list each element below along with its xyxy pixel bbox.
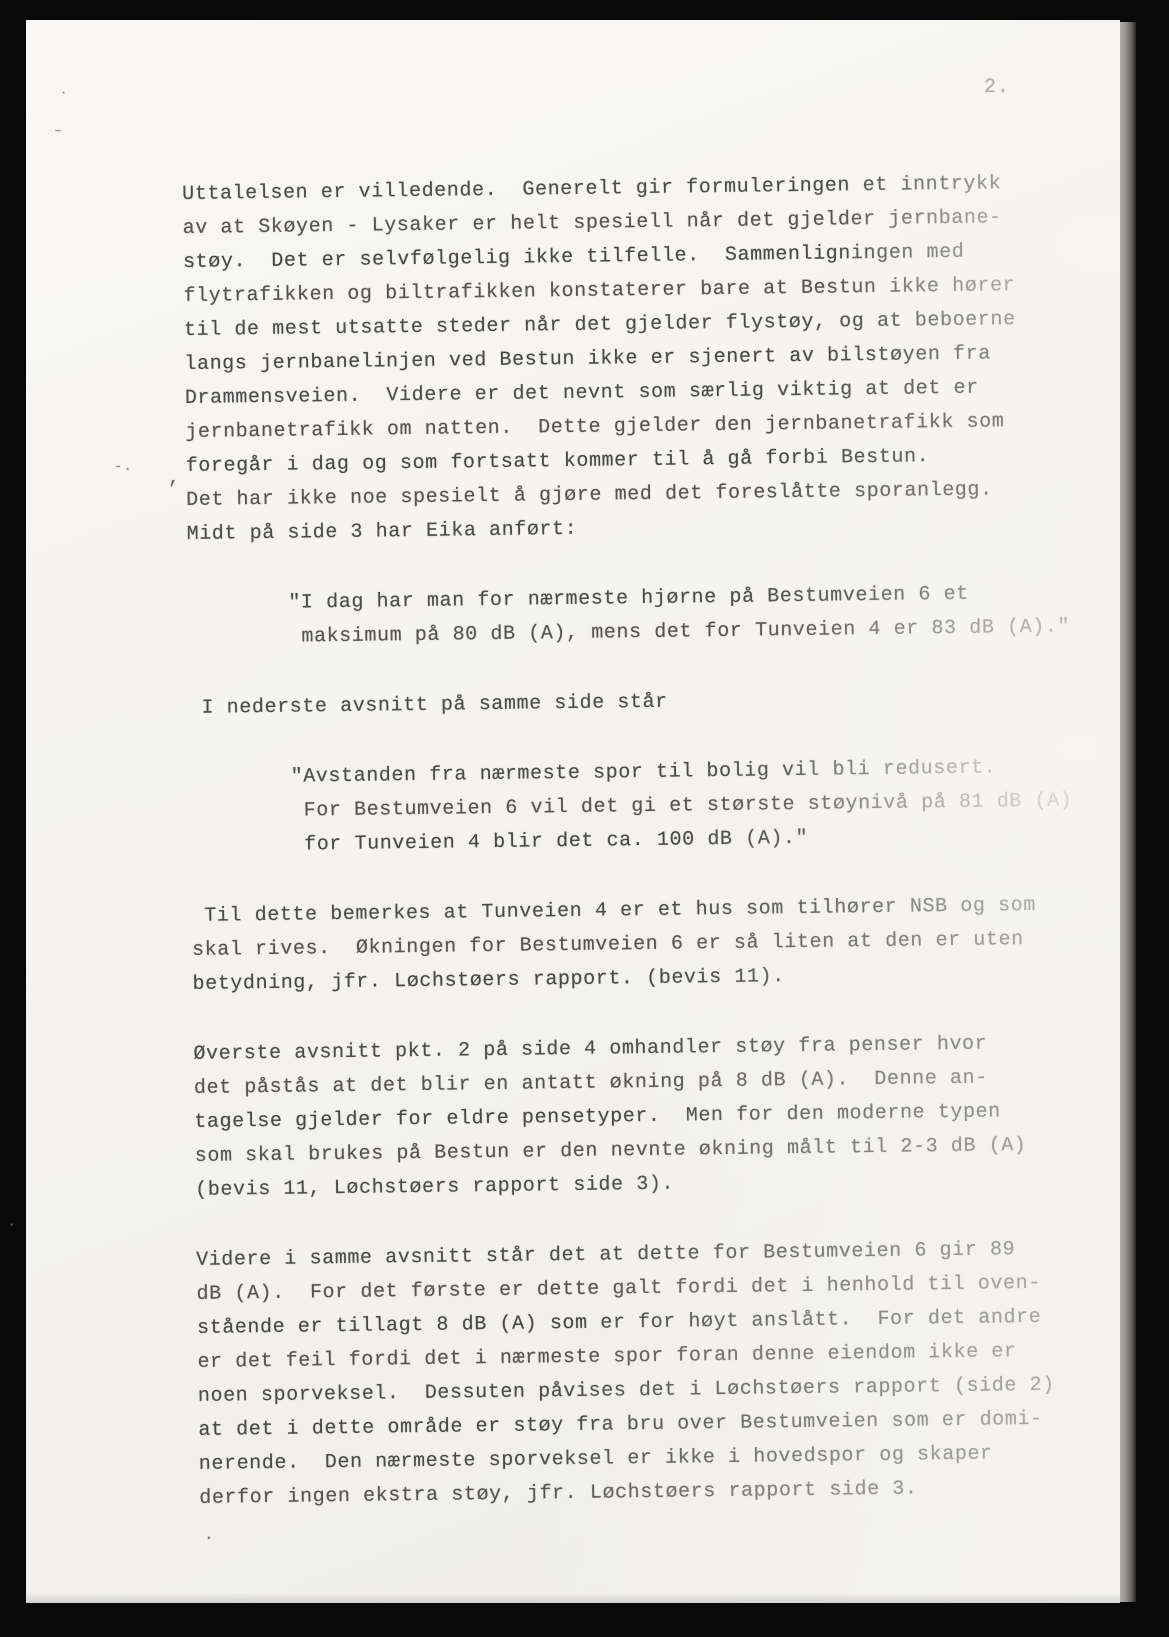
scan-artifact: . [204, 1528, 214, 1542]
scan-artifact: · [8, 1218, 15, 1232]
scanner-background: · 2. · – ' -. , . Uttalelsen er villeden… [0, 0, 1169, 1637]
scan-artifact: · [60, 86, 67, 100]
typewritten-text: Uttalelsen er villedende. Generelt gir f… [182, 166, 1099, 1516]
paragraph-2: I nederste avsnitt på samme side står [189, 680, 1089, 726]
scan-artifact: – [54, 124, 61, 138]
document-page: 2. · – ' -. , . Uttalelsen er villedende… [26, 20, 1120, 1603]
sheet-bottom-shadow [26, 1593, 1120, 1603]
page-number: 2. [984, 76, 1010, 99]
paragraph-1: Uttalelsen er villedende. Generelt gir f… [182, 166, 1087, 552]
quote-2: "Avstanden fra nærmeste spor til bolig v… [190, 750, 1091, 864]
quote-1: "I dag har man for nærmeste hjørne på Be… [187, 576, 1088, 656]
text-line: I nederste avsnitt på samme side står [189, 680, 1089, 726]
paragraph-4: Øverste avsnitt pkt. 2 på side 4 omhandl… [193, 1026, 1095, 1208]
paragraph-3: Til dette bemerkes at Tunveien 4 er et h… [191, 888, 1092, 1002]
scan-artifact: , [168, 472, 180, 486]
paragraph-5: Videre i samme avsnitt står det at dette… [196, 1232, 1099, 1516]
page-edge-strip [1120, 22, 1136, 1602]
scan-artifact: -. [114, 460, 133, 474]
